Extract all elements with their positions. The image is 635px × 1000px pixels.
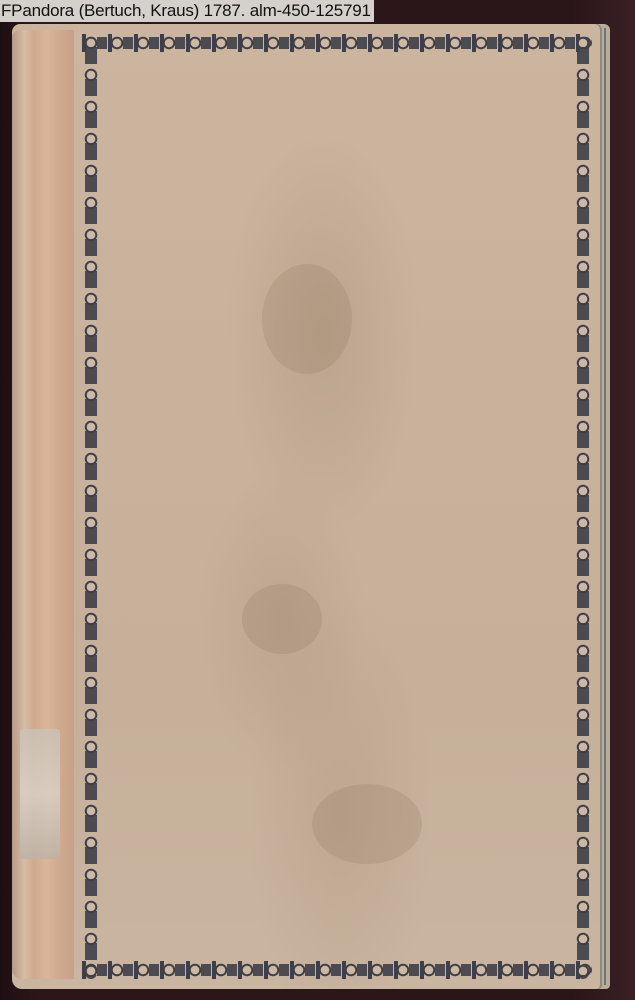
- border-right: [574, 34, 592, 979]
- border-top: [82, 34, 592, 52]
- image-caption: FPandora (Bertuch, Kraus) 1787. alm-450-…: [0, 0, 374, 22]
- decorative-chain-border: [82, 34, 592, 979]
- page-edge: [604, 28, 606, 985]
- border-bottom: [82, 961, 592, 979]
- book-cover: [12, 24, 610, 989]
- border-left: [82, 34, 100, 979]
- spine-worn-patch: [20, 729, 60, 859]
